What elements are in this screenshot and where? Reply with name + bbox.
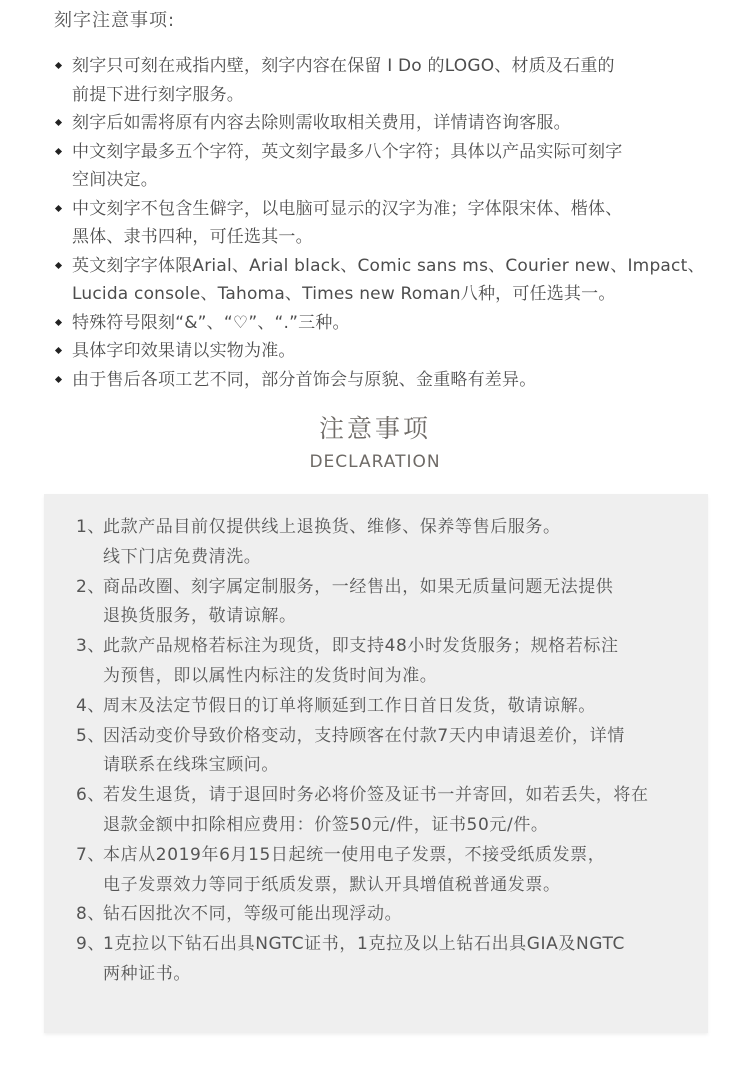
list-item-text: 请联系在线珠宝顾问。 [103, 751, 716, 781]
list-item-text: 钻石因批次不同，等级可能出现浮动。 [103, 900, 716, 930]
list-item: 5、 因活动变价导致价格变动，支持顾客在付款7天内申请退差价，详情 请联系在线珠… [76, 722, 716, 782]
list-item-text: 由于售后各项工艺不同，部分首饰会与原貌、金重略有差异。 [72, 366, 734, 395]
declaration-title: 注意事项 [0, 409, 750, 445]
list-item-text: 电子发票效力等同于纸质发票，默认开具增值税普通发票。 [103, 871, 716, 901]
list-item: 特殊符号限刻“&”、“♡”、“.”三种。 [54, 309, 734, 338]
list-item-text: 刻字只可刻在戒指内壁，刻字内容在保留 I Do 的LOGO、材质及石重的 [72, 52, 734, 81]
diamond-bullet-icon [55, 318, 62, 325]
list-item-number: 8、 [76, 900, 104, 930]
diamond-bullet-icon [55, 119, 62, 126]
list-item-text: 此款产品目前仅提供线上退换货、维修、保养等售后服务。 [103, 513, 716, 543]
list-item-number: 6、 [76, 781, 104, 811]
diamond-bullet-icon [55, 261, 62, 268]
list-item-number: 7、 [76, 841, 104, 871]
list-item: 7、 本店从2019年6月15日起统一使用电子发票，不接受纸质发票， 电子发票效… [76, 841, 716, 901]
diamond-bullet-icon [55, 204, 62, 211]
list-item: 具体字印效果请以实物为准。 [54, 337, 734, 366]
engraving-notes-title: 刻字注意事项: [54, 6, 175, 32]
list-item-text: 黑体、隶书四种，可任选其一。 [72, 223, 734, 252]
list-item-text: 线下门店免费清洗。 [103, 543, 716, 573]
engraving-notes-list: 刻字只可刻在戒指内壁，刻字内容在保留 I Do 的LOGO、材质及石重的 前提下… [54, 52, 734, 394]
list-item-text: 商品改圈、刻字属定制服务，一经售出，如果无质量问题无法提供 [103, 573, 716, 603]
list-item: 8、 钻石因批次不同，等级可能出现浮动。 [76, 900, 716, 930]
list-item-number: 2、 [76, 573, 104, 603]
list-item-text: 因活动变价导致价格变动，支持顾客在付款7天内申请退差价，详情 [103, 722, 716, 752]
list-item-text: 中文刻字不包含生僻字，以电脑可显示的汉字为准；字体限宋体、楷体、 [72, 195, 734, 224]
list-item: 刻字只可刻在戒指内壁，刻字内容在保留 I Do 的LOGO、材质及石重的 前提下… [54, 52, 734, 109]
diamond-bullet-icon [55, 147, 62, 154]
list-item-number: 1、 [76, 513, 104, 543]
diamond-bullet-icon [55, 347, 62, 354]
list-item-text: 1克拉以下钻石出具NGTC证书，1克拉及以上钻石出具GIA及NGTC [103, 930, 716, 960]
declaration-subtitle: DECLARATION [0, 452, 750, 472]
list-item-text: 中文刻字最多五个字符，英文刻字最多八个字符；具体以产品实际可刻字 [72, 138, 734, 167]
list-item-number: 5、 [76, 722, 104, 752]
list-item: 4、 周末及法定节假日的订单将顺延到工作日首日发货，敬请谅解。 [76, 692, 716, 722]
list-item-text: 本店从2019年6月15日起统一使用电子发票，不接受纸质发票， [103, 841, 716, 871]
diamond-bullet-icon [55, 62, 62, 69]
list-item-text: 退换货服务，敬请谅解。 [103, 602, 716, 632]
list-item-number: 9、 [76, 930, 104, 960]
list-item: 中文刻字最多五个字符，英文刻字最多八个字符；具体以产品实际可刻字 空间决定。 [54, 138, 734, 195]
list-item-text: 退款金额中扣除相应费用：价签50元/件，证书50元/件。 [103, 811, 716, 841]
list-item: 刻字后如需将原有内容去除则需收取相关费用，详情请咨询客服。 [54, 109, 734, 138]
list-item-text: 若发生退货，请于退回时务必将价签及证书一并寄回，如若丢失，将在 [103, 781, 716, 811]
list-item: 1、 此款产品目前仅提供线上退换货、维修、保养等售后服务。 线下门店免费清洗。 [76, 513, 716, 573]
list-item-text: 刻字后如需将原有内容去除则需收取相关费用，详情请咨询客服。 [72, 109, 734, 138]
list-item: 2、 商品改圈、刻字属定制服务，一经售出，如果无质量问题无法提供 退换货服务，敬… [76, 573, 716, 633]
list-item-text: 具体字印效果请以实物为准。 [72, 337, 734, 366]
list-item-text: 此款产品规格若标注为现货，即支持48小时发货服务；规格若标注 [103, 632, 716, 662]
declaration-list: 1、 此款产品目前仅提供线上退换货、维修、保养等售后服务。 线下门店免费清洗。 … [76, 513, 716, 990]
list-item-text: 前提下进行刻字服务。 [72, 81, 734, 110]
list-item: 英文刻字字体限Arial、Arial black、Comic sans ms、C… [54, 252, 734, 309]
list-item-text: 为预售，即以属性内标注的发货时间为准。 [103, 662, 716, 692]
list-item-text: 周末及法定节假日的订单将顺延到工作日首日发货，敬请谅解。 [103, 692, 716, 722]
diamond-bullet-icon [55, 375, 62, 382]
list-item-text: 空间决定。 [72, 166, 734, 195]
list-item-text: 两种证书。 [103, 960, 716, 990]
list-item-text: 特殊符号限刻“&”、“♡”、“.”三种。 [72, 309, 734, 338]
list-item: 9、 1克拉以下钻石出具NGTC证书，1克拉及以上钻石出具GIA及NGTC 两种… [76, 930, 716, 990]
list-item: 3、 此款产品规格若标注为现货，即支持48小时发货服务；规格若标注 为预售，即以… [76, 632, 716, 692]
list-item-text: 英文刻字字体限Arial、Arial black、Comic sans ms、C… [72, 252, 734, 281]
list-item: 6、 若发生退货，请于退回时务必将价签及证书一并寄回，如若丢失，将在 退款金额中… [76, 781, 716, 841]
list-item-number: 3、 [76, 632, 104, 662]
list-item-number: 4、 [76, 692, 104, 722]
list-item-text: Lucida console、Tahoma、Times new Roman八种，… [72, 280, 734, 309]
list-item: 由于售后各项工艺不同，部分首饰会与原貌、金重略有差异。 [54, 366, 734, 395]
list-item: 中文刻字不包含生僻字，以电脑可显示的汉字为准；字体限宋体、楷体、 黑体、隶书四种… [54, 195, 734, 252]
